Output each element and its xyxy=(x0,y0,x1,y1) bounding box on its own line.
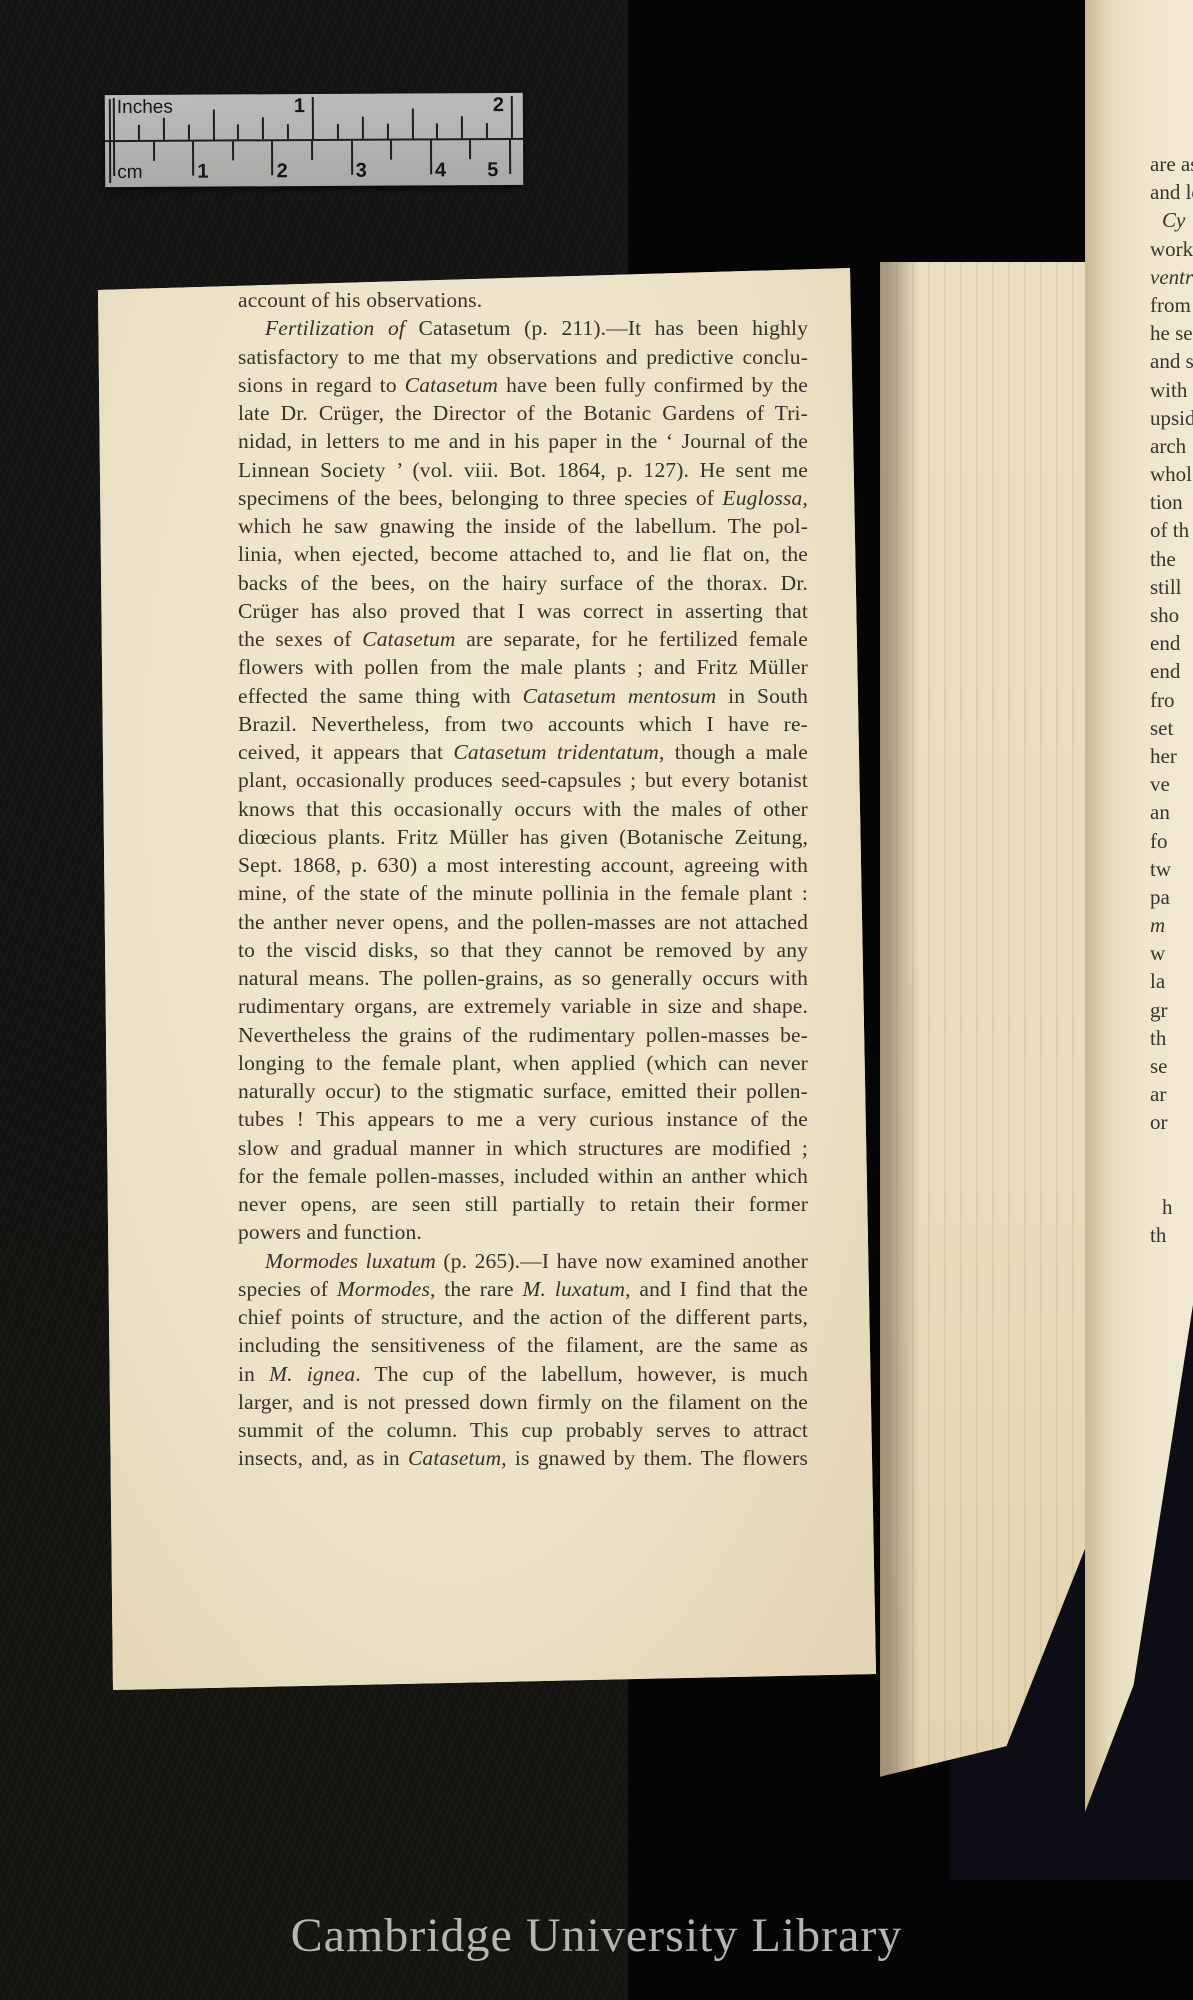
facing-page-fragment: ve xyxy=(1150,770,1193,798)
text-line: account of his observations. xyxy=(238,286,808,314)
text-line: longing to the female plant, when applie… xyxy=(238,1049,808,1077)
text-line: nidad, in letters to me and in his paper… xyxy=(238,427,808,455)
facing-page-fragment: of th xyxy=(1150,516,1193,544)
cm-tick xyxy=(509,140,511,174)
inch-tick xyxy=(138,125,140,140)
inch-number: 2 xyxy=(493,94,504,117)
facing-page-fragment: and s xyxy=(1150,347,1193,375)
book-fore-edge-pages xyxy=(880,262,1110,1792)
cm-number: 4 xyxy=(435,159,446,182)
facing-page-fragment: upsid xyxy=(1150,404,1193,432)
text-line: tubes ! This appears to me a very curiou… xyxy=(238,1105,808,1133)
inch-tick xyxy=(188,125,190,140)
text-line: linia, when ejected, become attached to,… xyxy=(238,540,808,568)
text-line: including the sensitiveness of the filam… xyxy=(238,1331,808,1359)
facing-page-fragment: Cy xyxy=(1150,206,1193,234)
facing-page-fragment: tw xyxy=(1150,855,1193,883)
text-line: diœcious plants. Fritz Müller has given … xyxy=(238,823,808,851)
inch-tick xyxy=(362,117,364,139)
text-line: Crüger has also proved that I was correc… xyxy=(238,597,808,625)
ruler-cm-scale: cm 12345 xyxy=(105,140,523,187)
inch-tick xyxy=(163,118,165,140)
facing-page-fragment: ventr xyxy=(1150,263,1193,291)
facing-page-fragment xyxy=(1150,1137,1193,1165)
text-line: Mormodes luxatum (p. 265).—I have now ex… xyxy=(238,1247,808,1275)
facing-page-fragment: end xyxy=(1150,629,1193,657)
inch-number: 1 xyxy=(294,95,305,118)
text-line: specimens of the bees, belonging to thre… xyxy=(238,484,808,512)
facing-page-fragment: se xyxy=(1150,1052,1193,1080)
facing-page-fragment xyxy=(1150,1165,1193,1193)
inch-tick xyxy=(411,108,413,138)
cm-tick xyxy=(430,140,432,174)
text-line: plant, occasionally produces seed-capsul… xyxy=(238,766,808,794)
cm-tick xyxy=(113,142,115,176)
facing-page-fragment: the xyxy=(1150,545,1193,573)
cm-tick xyxy=(271,141,273,175)
text-line: knows that this occasionally occurs with… xyxy=(238,795,808,823)
ruler-cm-label: cm xyxy=(117,162,142,184)
text-line: never opens, are seen still partially to… xyxy=(238,1190,808,1218)
text-line: powers and function. xyxy=(238,1218,808,1246)
facing-page-fragment: and le xyxy=(1150,178,1193,206)
cm-tick xyxy=(192,142,194,176)
inch-tick xyxy=(511,96,513,138)
facing-page-fragment: work xyxy=(1150,235,1193,263)
text-line: mine, of the state of the minute pollini… xyxy=(238,879,808,907)
cm-tick xyxy=(351,141,353,175)
inch-tick xyxy=(486,123,488,138)
cm-tick xyxy=(153,142,155,161)
text-line: species of Mormodes, the rare M. luxatum… xyxy=(238,1275,808,1303)
measurement-ruler: Inches 12 cm 12345 xyxy=(105,93,523,187)
photograph-of-book-page: { "colors":{ "background":"#060605","clo… xyxy=(0,0,1193,2000)
facing-page-fragment: pa xyxy=(1150,883,1193,911)
facing-page-fragment: la xyxy=(1150,967,1193,995)
facing-page-fragment: end xyxy=(1150,657,1193,685)
facing-page-fragment: an xyxy=(1150,798,1193,826)
inch-tick xyxy=(237,124,239,139)
facing-page-fragment: whol xyxy=(1150,460,1193,488)
library-watermark: Cambridge University Library xyxy=(0,1908,1193,1963)
text-line: the sexes of Catasetum are separate, for… xyxy=(238,625,808,653)
cm-number: 3 xyxy=(356,160,367,183)
text-line: in M. ignea. The cup of the labellum, ho… xyxy=(238,1360,808,1388)
text-line: naturally occur) to the stigmatic surfac… xyxy=(238,1077,808,1105)
facing-page-fragment: fro xyxy=(1150,686,1193,714)
text-line: rudimentary organs, are extremely variab… xyxy=(238,992,808,1020)
inch-tick xyxy=(436,123,438,138)
cm-number: 5 xyxy=(487,159,498,182)
text-line: late Dr. Crüger, the Director of the Bot… xyxy=(238,399,808,427)
facing-page-fragment: gr xyxy=(1150,996,1193,1024)
text-line: sions in regard to Catasetum have been f… xyxy=(238,371,808,399)
book-page: account of his observations.Fertilizatio… xyxy=(95,266,877,1690)
ruler-inches-scale: Inches 12 xyxy=(105,93,523,140)
text-line: Fertilization of Catasetum (p. 211).—It … xyxy=(238,314,808,342)
cm-tick xyxy=(469,140,471,159)
cm-number: 1 xyxy=(197,161,208,184)
facing-page-fragment: he se xyxy=(1150,319,1193,347)
text-line: larger, and is not pressed down firmly o… xyxy=(238,1388,808,1416)
text-line: Nevertheless the grains of the rudimenta… xyxy=(238,1021,808,1049)
text-line: flowers with pollen from the male plants… xyxy=(238,653,808,681)
facing-page-fragment: th xyxy=(1150,1221,1193,1249)
text-line: ceived, it appears that Catasetum triden… xyxy=(238,738,808,766)
inch-tick xyxy=(337,124,339,139)
cm-tick xyxy=(390,141,392,160)
text-line: satisfactory to me that my observations … xyxy=(238,343,808,371)
facing-page-fragment: still xyxy=(1150,573,1193,601)
facing-page-fragment: tion xyxy=(1150,488,1193,516)
facing-page-fragment: m xyxy=(1150,911,1193,939)
text-line: insects, and, as in Catasetum, is gnawed… xyxy=(238,1444,808,1472)
facing-page-fragment: with xyxy=(1150,376,1193,404)
text-line: natural means. The pollen-grains, as so … xyxy=(238,964,808,992)
facing-page-fragment: are as xyxy=(1150,150,1193,178)
facing-page-fragment: ar xyxy=(1150,1080,1193,1108)
facing-page-fragment: arch xyxy=(1150,432,1193,460)
facing-page-text-fragments: are asand leCyworkventrfromhe seand swit… xyxy=(1150,150,1193,1249)
inch-tick xyxy=(287,124,289,139)
text-line: for the female pollen-masses, included w… xyxy=(238,1162,808,1190)
inch-tick xyxy=(113,98,115,140)
text-line: Linnean Society ’ (vol. viii. Bot. 1864,… xyxy=(238,456,808,484)
text-line: backs of the bees, on the hairy surface … xyxy=(238,569,808,597)
inch-tick xyxy=(212,110,214,140)
ruler-inches-label: Inches xyxy=(117,97,173,119)
facing-page-fragment: th xyxy=(1150,1024,1193,1052)
facing-page-fragment: sho xyxy=(1150,601,1193,629)
cm-number: 2 xyxy=(276,160,287,183)
text-line: Sept. 1868, p. 630) a most interesting a… xyxy=(238,851,808,879)
text-line: effected the same thing with Catasetum m… xyxy=(238,682,808,710)
facing-page-fragment: set xyxy=(1150,714,1193,742)
cm-tick xyxy=(232,141,234,160)
inch-tick xyxy=(312,97,314,139)
text-line: to the viscid disks, so that they cannot… xyxy=(238,936,808,964)
text-line: slow and gradual manner in which structu… xyxy=(238,1134,808,1162)
text-line: chief points of structure, and the actio… xyxy=(238,1303,808,1331)
facing-page-fragment: her xyxy=(1150,742,1193,770)
facing-page-fragment: w xyxy=(1150,939,1193,967)
text-line: which he saw gnawing the inside of the l… xyxy=(238,512,808,540)
inch-tick xyxy=(387,124,389,139)
facing-page-fragment: or xyxy=(1150,1108,1193,1136)
facing-page-fragment: fo xyxy=(1150,827,1193,855)
facing-page-fragment: h xyxy=(1150,1193,1193,1221)
page-text-block: account of his observations.Fertilizatio… xyxy=(238,286,808,1473)
inch-tick xyxy=(262,117,264,139)
text-line: Brazil. Nevertheless, from two accounts … xyxy=(238,710,808,738)
text-line: summit of the column. This cup probably … xyxy=(238,1416,808,1444)
text-line: the anther never opens, and the pollen-m… xyxy=(238,908,808,936)
cm-tick xyxy=(311,141,313,160)
facing-page-fragment: from xyxy=(1150,291,1193,319)
inch-tick xyxy=(461,116,463,138)
